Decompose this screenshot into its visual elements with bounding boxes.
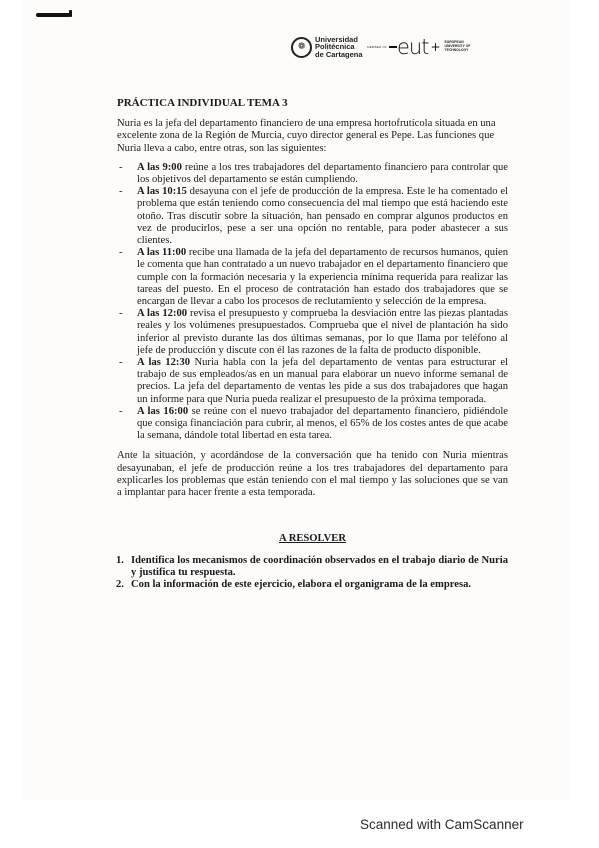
eut-logo-line-icon	[389, 46, 397, 48]
list-item: -A las 11:00 recibe una llamada de la je…	[117, 247, 508, 308]
list-item: -A las 9:00 reúne a los tres trabajadore…	[117, 162, 508, 186]
question-item: 2.Con la información de este ejercicio, …	[117, 579, 508, 591]
task-time: A las 16:00	[137, 406, 188, 417]
bullet-dash: -	[119, 406, 123, 418]
document-body: PRÁCTICA INDIVIDUAL TEMA 3 Nuria es la j…	[117, 97, 508, 591]
eut-plus-icon: +	[430, 40, 440, 54]
question-number: 1.	[116, 555, 124, 567]
task-text: revisa el presupuesto y comprueba la des…	[137, 308, 508, 356]
alliance-name: European University of Technology	[445, 41, 471, 52]
bullet-dash: -	[119, 247, 123, 259]
bullet-dash: -	[119, 186, 123, 198]
university-seal-icon: ❁	[291, 37, 312, 58]
bullet-dash: -	[119, 357, 123, 369]
list-item: -A las 12:00 revisa el presupuesto y com…	[117, 308, 508, 357]
eut-logo: eut	[397, 37, 428, 58]
closing-paragraph: Ante la situación, y acordándose de la c…	[117, 450, 508, 499]
task-time: A las 11:00	[137, 247, 186, 258]
task-time: A las 12:00	[137, 308, 187, 319]
task-time: A las 10:15	[137, 186, 187, 197]
task-time: A las 9:00	[137, 162, 182, 173]
bullet-dash: -	[119, 308, 123, 320]
task-list: -A las 9:00 reúne a los tres trabajadore…	[117, 162, 508, 443]
task-text: se reúne con el nuevo trabajador del dep…	[137, 406, 508, 441]
bullet-dash: -	[119, 162, 123, 174]
member-of-label: member of	[367, 45, 387, 49]
question-item: 1.Identifica los mecanismos de coordinac…	[117, 555, 508, 579]
header-logos: ❁ Universidad Politécnica de Cartagena m…	[291, 34, 471, 60]
task-text: recibe una llamada de la jefa del depart…	[137, 247, 508, 307]
intro-paragraph: Nuria es la jefa del departamento financ…	[117, 118, 508, 155]
camscanner-watermark: Scanned with CamScanner	[360, 817, 524, 832]
question-list: 1.Identifica los mecanismos de coordinac…	[117, 555, 508, 592]
task-text: desayuna con el jefe de producción de la…	[137, 186, 508, 246]
document-title: PRÁCTICA INDIVIDUAL TEMA 3	[117, 97, 508, 109]
scan-pen-mark	[36, 13, 70, 17]
task-text: Nuria habla con la jefa del departamento…	[137, 357, 508, 405]
list-item: -A las 12:30 Nuria habla con la jefa del…	[117, 357, 508, 406]
university-name: Universidad Politécnica de Cartagena	[315, 36, 363, 59]
question-text: Con la información de este ejercicio, el…	[131, 579, 471, 590]
section-heading-resolve: A RESOLVER	[117, 533, 508, 545]
task-text: reúne a los tres trabajadores del depart…	[137, 162, 508, 185]
question-number: 2.	[116, 579, 124, 591]
task-time: A las 12:30	[137, 357, 190, 368]
question-text: Identifica los mecanismos de coordinació…	[131, 555, 508, 578]
list-item: -A las 16:00 se reúne con el nuevo traba…	[117, 406, 508, 443]
list-item: -A las 10:15 desayuna con el jefe de pro…	[117, 186, 508, 247]
